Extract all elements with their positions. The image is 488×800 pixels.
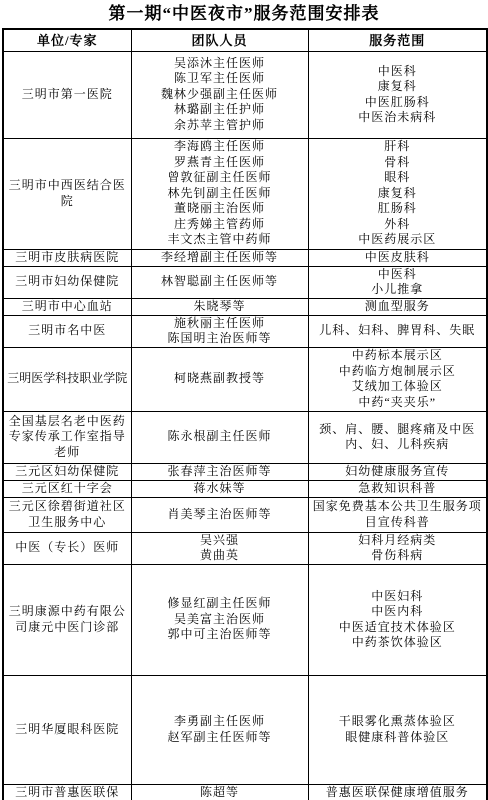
- services-cell: 中医科 康复科 中医肛肠科 中医治未病科: [308, 51, 487, 138]
- services-cell: 干眼雾化熏蒸体验区 眼健康科普体验区: [308, 675, 487, 784]
- header-team-members: 团队人员: [131, 29, 308, 51]
- team-cell: 张春萍主治医师等: [131, 463, 308, 480]
- table-row: 三元区徐碧街道社区卫生服务中心 肖美琴主治医师等 国家免费基本公共卫生服务项目宣…: [3, 497, 487, 532]
- team-cell: 蒋水妹等: [131, 480, 308, 497]
- team-cell: 陈超等: [131, 784, 308, 800]
- unit-cell: 三明市普惠医联保: [3, 784, 131, 800]
- team-cell: 林智聪副主任医师等: [131, 266, 308, 298]
- services-cell: 妇幼健康服务宣传: [308, 463, 487, 480]
- team-cell: 肖美琴主治医师等: [131, 497, 308, 532]
- services-cell: 肝科 骨科 眼科 康复科 肛肠科 外科 中医药展示区: [308, 138, 487, 249]
- table-row: 中医（专长）医师 吴兴强 黄曲英 妇科月经病类 骨伤科病: [3, 532, 487, 564]
- unit-cell: 三元区徐碧街道社区卫生服务中心: [3, 497, 131, 532]
- table-row: 三明康源中药有限公司康元中医门诊部 修显红副主任医师 吴美富主治医师 郭中可主治…: [3, 564, 487, 675]
- services-cell: 儿科、妇科、脾胃科、失眠: [308, 315, 487, 347]
- unit-cell: 三明市中西医结合医院: [3, 138, 131, 249]
- unit-cell: 三明医学科技职业学院: [3, 347, 131, 411]
- table-row: 三明市名中医 施秋丽主任医师 陈国明主治医师等 儿科、妇科、脾胃科、失眠: [3, 315, 487, 347]
- table-row: 三明市皮肤病医院 李经增副主任医师等 中医皮肤科: [3, 249, 487, 266]
- page-title: 第一期“中医夜市”服务范围安排表: [0, 0, 488, 28]
- services-cell: 中医皮肤科: [308, 249, 487, 266]
- table-row: 三明市中西医结合医院 李海鸥主任医师 罗燕青主任医师 曾敦征副主任医师 林先钊副…: [3, 138, 487, 249]
- service-schedule-table: 单位/专家 团队人员 服务范围 三明市第一医院 吴添沐主任医师 陈卫军主任医师 …: [2, 28, 488, 800]
- table-row: 三明市普惠医联保 陈超等 普惠医联保健康增值服务: [3, 784, 487, 800]
- unit-cell: 全国基层名老中医药专家传承工作室指导老师: [3, 411, 131, 463]
- services-cell: 中药标本展示区 中药临方炮制展示区 艾绒加工体验区 中药“夹夹乐”: [308, 347, 487, 411]
- unit-cell: 三明华厦眼科医院: [3, 675, 131, 784]
- services-cell: 普惠医联保健康增值服务: [308, 784, 487, 800]
- services-cell: 中医妇科 中医内科 中医适宜技术体验区 中药茶饮体验区: [308, 564, 487, 675]
- team-cell: 朱晓琴等: [131, 298, 308, 315]
- table-row: 三明市第一医院 吴添沐主任医师 陈卫军主任医师 魏林少强副主任医师 林璐副主任护…: [3, 51, 487, 138]
- unit-cell: 三元区红十字会: [3, 480, 131, 497]
- services-cell: 急救知识科普: [308, 480, 487, 497]
- team-cell: 李勇副主任医师 赵军副主任医师等: [131, 675, 308, 784]
- services-cell: 中医科 小儿推拿: [308, 266, 487, 298]
- table-row: 三明医学科技职业学院 柯晓燕副教授等 中药标本展示区 中药临方炮制展示区 艾绒加…: [3, 347, 487, 411]
- header-row: 单位/专家 团队人员 服务范围: [3, 29, 487, 51]
- unit-cell: 三元区妇幼保健院: [3, 463, 131, 480]
- team-cell: 吴兴强 黄曲英: [131, 532, 308, 564]
- table-row: 三明华厦眼科医院 李勇副主任医师 赵军副主任医师等 干眼雾化熏蒸体验区 眼健康科…: [3, 675, 487, 784]
- table-row: 三明市妇幼保健院 林智聪副主任医师等 中医科 小儿推拿: [3, 266, 487, 298]
- unit-cell: 三明市妇幼保健院: [3, 266, 131, 298]
- unit-cell: 三明市中心血站: [3, 298, 131, 315]
- services-cell: 测血型服务: [308, 298, 487, 315]
- team-cell: 施秋丽主任医师 陈国明主治医师等: [131, 315, 308, 347]
- unit-cell: 三明市名中医: [3, 315, 131, 347]
- table-row: 三元区红十字会 蒋水妹等 急救知识科普: [3, 480, 487, 497]
- header-unit-expert: 单位/专家: [3, 29, 131, 51]
- services-cell: 妇科月经病类 骨伤科病: [308, 532, 487, 564]
- team-cell: 陈永根副主任医师: [131, 411, 308, 463]
- unit-cell: 三明市第一医院: [3, 51, 131, 138]
- services-cell: 国家免费基本公共卫生服务项目宣传科普: [308, 497, 487, 532]
- team-cell: 李经增副主任医师等: [131, 249, 308, 266]
- team-cell: 修显红副主任医师 吴美富主治医师 郭中可主治医师等: [131, 564, 308, 675]
- table-row: 三明市中心血站 朱晓琴等 测血型服务: [3, 298, 487, 315]
- document-page: 第一期“中医夜市”服务范围安排表 单位/专家 团队人员 服务范围 三明市第一医院…: [0, 0, 488, 800]
- team-cell: 李海鸥主任医师 罗燕青主任医师 曾敦征副主任医师 林先钊副主任医师 董晓丽主治医…: [131, 138, 308, 249]
- table-row: 全国基层名老中医药专家传承工作室指导老师 陈永根副主任医师 颈、肩、腰、腿疼痛及…: [3, 411, 487, 463]
- team-cell: 吴添沐主任医师 陈卫军主任医师 魏林少强副主任医师 林璐副主任护师 余苏苹主管护…: [131, 51, 308, 138]
- header-service-scope: 服务范围: [308, 29, 487, 51]
- unit-cell: 三明康源中药有限公司康元中医门诊部: [3, 564, 131, 675]
- table-row: 三元区妇幼保健院 张春萍主治医师等 妇幼健康服务宣传: [3, 463, 487, 480]
- unit-cell: 中医（专长）医师: [3, 532, 131, 564]
- services-cell: 颈、肩、腰、腿疼痛及中医内、妇、儿科疾病: [308, 411, 487, 463]
- unit-cell: 三明市皮肤病医院: [3, 249, 131, 266]
- team-cell: 柯晓燕副教授等: [131, 347, 308, 411]
